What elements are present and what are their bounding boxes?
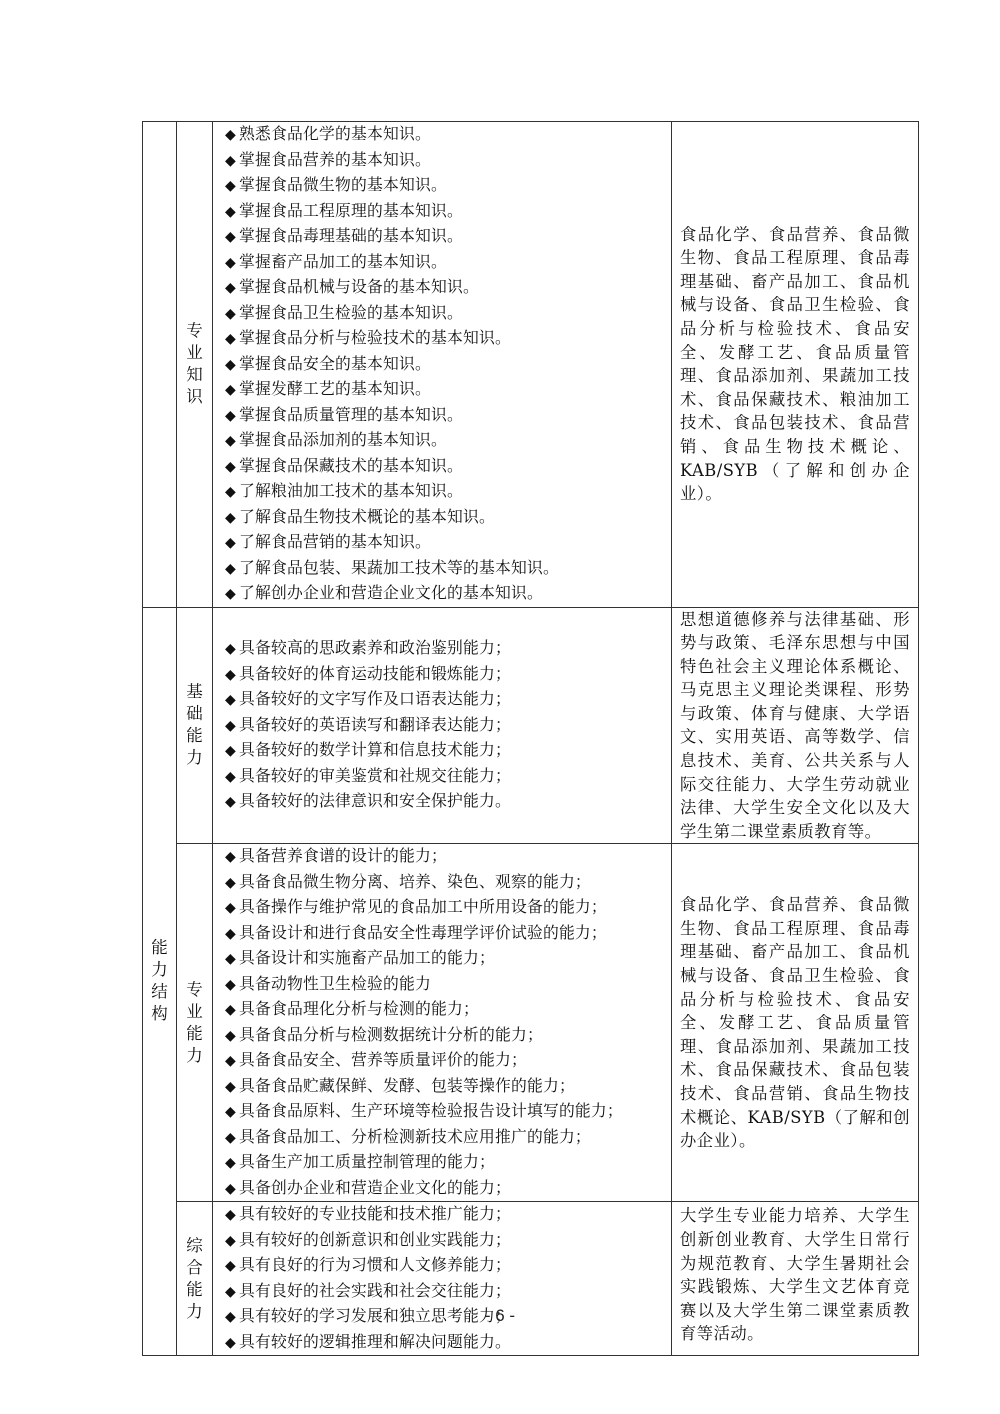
- requirement-text: 具备创办企业和营造企业文化的能力；: [239, 1178, 511, 1197]
- diamond-bullet-icon: ◆: [225, 1230, 239, 1254]
- requirement-item: ◆具备较好的法律意识和安全保护能力。: [225, 789, 671, 815]
- diamond-bullet-icon: ◆: [225, 507, 239, 531]
- requirement-text: 具备设计和进行食品安全性毒理学评价试验的能力；: [239, 923, 607, 942]
- diamond-bullet-icon: ◆: [225, 846, 239, 870]
- requirement-text: 具备食品原料、生产环境等检验报告设计填写的能力；: [239, 1101, 623, 1120]
- courses-cell: 思想道德修养与法律基础、形势与政策、毛泽东思想与中国特色社会主义理论体系概论、马…: [672, 607, 919, 844]
- diamond-bullet-icon: ◆: [225, 277, 239, 301]
- courses-cell: 食品化学、食品营养、食品微生物、食品工程原理、食品毒理基础、畜产品加工、食品机械…: [672, 844, 919, 1202]
- diamond-bullet-icon: ◆: [225, 1332, 239, 1356]
- requirement-item: ◆具有较好的专业技能和技术推广能力；: [225, 1202, 671, 1228]
- requirement-item: ◆掌握食品分析与检验技术的基本知识。: [225, 326, 671, 352]
- requirement-item: ◆具备动物性卫生检验的能力: [225, 972, 671, 998]
- category-cell: 专业知识: [177, 122, 213, 608]
- requirements-list: ◆具备较高的思政素养和政治鉴别能力；◆具备较好的体育运动技能和锻炼能力；◆具备较…: [213, 636, 671, 815]
- requirement-text: 了解食品营销的基本知识。: [239, 532, 431, 551]
- table-row-basic-ability: 能力结构 基础能力 ◆具备较高的思政素养和政治鉴别能力；◆具备较好的体育运动技能…: [143, 607, 919, 844]
- category-cell: 基础能力: [177, 607, 213, 844]
- table-row-professional-knowledge: 专业知识 ◆熟悉食品化学的基本知识。◆掌握食品营养的基本知识。◆掌握食品微生物的…: [143, 122, 919, 608]
- requirement-text: 掌握食品质量管理的基本知识。: [239, 405, 463, 424]
- requirements-list: ◆具备营养食谱的设计的能力；◆具备食品微生物分离、培养、染色、观察的能力；◆具备…: [213, 844, 671, 1201]
- requirement-text: 了解创办企业和营造企业文化的基本知识。: [239, 583, 543, 602]
- requirement-text: 掌握发酵工艺的基本知识。: [239, 379, 431, 398]
- requirement-item: ◆掌握食品微生物的基本知识。: [225, 173, 671, 199]
- diamond-bullet-icon: ◆: [225, 583, 239, 607]
- requirement-item: ◆具备设计和进行食品安全性毒理学评价试验的能力；: [225, 921, 671, 947]
- diamond-bullet-icon: ◆: [225, 1255, 239, 1279]
- requirement-item: ◆具备生产加工质量控制管理的能力；: [225, 1150, 671, 1176]
- requirement-item: ◆具有较好的逻辑推理和解决问题能力。: [225, 1330, 671, 1356]
- requirement-text: 具有良好的行为习惯和人文修养能力；: [239, 1255, 511, 1274]
- diamond-bullet-icon: ◆: [225, 1050, 239, 1074]
- requirement-text: 具备动物性卫生检验的能力: [239, 974, 431, 993]
- requirement-text: 掌握食品安全的基本知识。: [239, 354, 431, 373]
- diamond-bullet-icon: ◆: [225, 1204, 239, 1228]
- category-cell: 专业能力: [177, 844, 213, 1202]
- requirement-item: ◆具有较好的创新意识和创业实践能力；: [225, 1228, 671, 1254]
- diamond-bullet-icon: ◆: [225, 974, 239, 998]
- requirement-item: ◆具有良好的社会实践和社会交往能力；: [225, 1279, 671, 1305]
- category-label: 专业能力: [186, 979, 204, 1067]
- outer-category-label: 能力结构: [151, 937, 169, 1025]
- requirement-item: ◆具备较高的思政素养和政治鉴别能力；: [225, 636, 671, 662]
- requirement-text: 具备较好的法律意识和安全保护能力。: [239, 791, 511, 810]
- category-label: 基础能力: [186, 681, 204, 769]
- diamond-bullet-icon: ◆: [225, 872, 239, 896]
- requirement-text: 具备食品安全、营养等质量评价的能力；: [239, 1050, 527, 1069]
- courses-text: 思想道德修养与法律基础、形势与政策、毛泽东思想与中国特色社会主义理论体系概论、马…: [672, 608, 918, 844]
- diamond-bullet-icon: ◆: [225, 481, 239, 505]
- diamond-bullet-icon: ◆: [225, 1178, 239, 1202]
- requirement-text: 掌握食品微生物的基本知识。: [239, 175, 447, 194]
- requirement-text: 掌握食品毒理基础的基本知识。: [239, 226, 463, 245]
- requirement-item: ◆具备较好的数学计算和信息技术能力；: [225, 738, 671, 764]
- requirement-text: 具备较好的英语读写和翻译表达能力；: [239, 715, 511, 734]
- requirement-item: ◆具备食品加工、分析检测新技术应用推广的能力；: [225, 1125, 671, 1151]
- requirement-text: 掌握食品保藏技术的基本知识。: [239, 456, 463, 475]
- table-row-professional-ability: 专业能力 ◆具备营养食谱的设计的能力；◆具备食品微生物分离、培养、染色、观察的能…: [143, 844, 919, 1202]
- requirement-text: 了解粮油加工技术的基本知识。: [239, 481, 463, 500]
- diamond-bullet-icon: ◆: [225, 1025, 239, 1049]
- diamond-bullet-icon: ◆: [225, 664, 239, 688]
- requirement-text: 具备较好的数学计算和信息技术能力；: [239, 740, 511, 759]
- diamond-bullet-icon: ◆: [225, 150, 239, 174]
- requirement-item: ◆具备食品安全、营养等质量评价的能力；: [225, 1048, 671, 1074]
- diamond-bullet-icon: ◆: [225, 999, 239, 1023]
- requirement-text: 具备生产加工质量控制管理的能力；: [239, 1152, 495, 1171]
- diamond-bullet-icon: ◆: [225, 897, 239, 921]
- requirement-item: ◆具备较好的文字写作及口语表达能力；: [225, 687, 671, 713]
- requirements-cell: ◆具有较好的专业技能和技术推广能力；◆具有较好的创新意识和创业实践能力；◆具有良…: [213, 1202, 672, 1356]
- requirements-list: ◆具有较好的专业技能和技术推广能力；◆具有较好的创新意识和创业实践能力；◆具有良…: [213, 1202, 671, 1355]
- diamond-bullet-icon: ◆: [225, 124, 239, 148]
- requirement-item: ◆掌握发酵工艺的基本知识。: [225, 377, 671, 403]
- requirement-text: 具备食品分析与检测数据统计分析的能力；: [239, 1025, 543, 1044]
- requirement-item: ◆具备设计和实施畜产品加工的能力；: [225, 946, 671, 972]
- requirement-text: 了解食品包装、果蔬加工技术等的基本知识。: [239, 558, 559, 577]
- diamond-bullet-icon: ◆: [225, 715, 239, 739]
- requirement-text: 具备食品理化分析与检测的能力；: [239, 999, 479, 1018]
- requirement-item: ◆掌握食品营养的基本知识。: [225, 148, 671, 174]
- requirement-item: ◆具备食品微生物分离、培养、染色、观察的能力；: [225, 870, 671, 896]
- requirement-text: 掌握食品分析与检验技术的基本知识。: [239, 328, 511, 347]
- requirement-item: ◆熟悉食品化学的基本知识。: [225, 122, 671, 148]
- requirement-item: ◆具备食品贮藏保鲜、发酵、包装等操作的能力；: [225, 1074, 671, 1100]
- diamond-bullet-icon: ◆: [225, 430, 239, 454]
- requirement-item: ◆具有良好的行为习惯和人文修养能力；: [225, 1253, 671, 1279]
- diamond-bullet-icon: ◆: [225, 379, 239, 403]
- requirement-item: ◆具备创办企业和营造企业文化的能力；: [225, 1176, 671, 1202]
- requirement-text: 具备设计和实施畜产品加工的能力；: [239, 948, 495, 967]
- diamond-bullet-icon: ◆: [225, 532, 239, 556]
- table-row-comprehensive-ability: 综合能力 ◆具有较好的专业技能和技术推广能力；◆具有较好的创新意识和创业实践能力…: [143, 1202, 919, 1356]
- requirement-item: ◆掌握食品机械与设备的基本知识。: [225, 275, 671, 301]
- requirement-item: ◆具备食品分析与检测数据统计分析的能力；: [225, 1023, 671, 1049]
- requirement-item: ◆具备食品原料、生产环境等检验报告设计填写的能力；: [225, 1099, 671, 1125]
- diamond-bullet-icon: ◆: [225, 328, 239, 352]
- courses-text: 食品化学、食品营养、食品微生物、食品工程原理、食品毒理基础、畜产品加工、食品机械…: [672, 223, 918, 506]
- requirement-item: ◆掌握食品卫生检验的基本知识。: [225, 301, 671, 327]
- diamond-bullet-icon: ◆: [225, 354, 239, 378]
- requirement-item: ◆掌握食品保藏技术的基本知识。: [225, 454, 671, 480]
- requirement-item: ◆掌握食品安全的基本知识。: [225, 352, 671, 378]
- requirement-item: ◆掌握食品添加剂的基本知识。: [225, 428, 671, 454]
- outer-category-cell: 能力结构: [143, 607, 177, 1356]
- courses-cell: 大学生专业能力培养、大学生创新创业教育、大学生日常行为规范教育、大学生暑期社会实…: [672, 1202, 919, 1356]
- diamond-bullet-icon: ◆: [225, 1127, 239, 1151]
- outer-category-cell: [143, 122, 177, 608]
- requirement-text: 掌握畜产品加工的基本知识。: [239, 252, 447, 271]
- diamond-bullet-icon: ◆: [225, 175, 239, 199]
- diamond-bullet-icon: ◆: [225, 1076, 239, 1100]
- category-label: 专业知识: [186, 320, 204, 408]
- requirement-item: ◆具备营养食谱的设计的能力；: [225, 844, 671, 870]
- diamond-bullet-icon: ◆: [225, 201, 239, 225]
- requirement-text: 具备营养食谱的设计的能力；: [239, 846, 447, 865]
- diamond-bullet-icon: ◆: [225, 948, 239, 972]
- requirements-list: ◆熟悉食品化学的基本知识。◆掌握食品营养的基本知识。◆掌握食品微生物的基本知识。…: [213, 122, 671, 607]
- requirements-cell: ◆熟悉食品化学的基本知识。◆掌握食品营养的基本知识。◆掌握食品微生物的基本知识。…: [213, 122, 672, 608]
- requirement-item: ◆了解粮油加工技术的基本知识。: [225, 479, 671, 505]
- requirements-cell: ◆具备较高的思政素养和政治鉴别能力；◆具备较好的体育运动技能和锻炼能力；◆具备较…: [213, 607, 672, 844]
- curriculum-table: 专业知识 ◆熟悉食品化学的基本知识。◆掌握食品营养的基本知识。◆掌握食品微生物的…: [142, 121, 919, 1356]
- requirement-text: 具备较好的审美鉴赏和社规交往能力；: [239, 766, 511, 785]
- courses-text: 食品化学、食品营养、食品微生物、食品工程原理、食品毒理基础、畜产品加工、食品机械…: [672, 893, 918, 1153]
- requirement-text: 具备食品贮藏保鲜、发酵、包装等操作的能力；: [239, 1076, 575, 1095]
- requirement-item: ◆具备较好的审美鉴赏和社规交往能力；: [225, 764, 671, 790]
- diamond-bullet-icon: ◆: [225, 923, 239, 947]
- diamond-bullet-icon: ◆: [225, 638, 239, 662]
- requirement-text: 具有较好的专业技能和技术推广能力；: [239, 1204, 511, 1223]
- requirement-text: 具备较高的思政素养和政治鉴别能力；: [239, 638, 511, 657]
- requirement-text: 掌握食品添加剂的基本知识。: [239, 430, 447, 449]
- requirement-item: ◆具备较好的体育运动技能和锻炼能力；: [225, 662, 671, 688]
- requirement-item: ◆掌握食品毒理基础的基本知识。: [225, 224, 671, 250]
- document-page: 专业知识 ◆熟悉食品化学的基本知识。◆掌握食品营养的基本知识。◆掌握食品微生物的…: [0, 0, 1000, 1414]
- diamond-bullet-icon: ◆: [225, 1281, 239, 1305]
- requirement-text: 具备食品微生物分离、培养、染色、观察的能力；: [239, 872, 591, 891]
- requirement-text: 掌握食品卫生检验的基本知识。: [239, 303, 463, 322]
- requirement-text: 具有较好的创新意识和创业实践能力；: [239, 1230, 511, 1249]
- requirement-text: 掌握食品工程原理的基本知识。: [239, 201, 463, 220]
- requirement-text: 具备操作与维护常见的食品加工中所用设备的能力；: [239, 897, 607, 916]
- requirement-text: 具有较好的逻辑推理和解决问题能力。: [239, 1332, 511, 1351]
- requirement-text: 具备食品加工、分析检测新技术应用推广的能力；: [239, 1127, 591, 1146]
- diamond-bullet-icon: ◆: [225, 405, 239, 429]
- diamond-bullet-icon: ◆: [225, 1101, 239, 1125]
- requirement-item: ◆了解食品生物技术概论的基本知识。: [225, 505, 671, 531]
- requirements-cell: ◆具备营养食谱的设计的能力；◆具备食品微生物分离、培养、染色、观察的能力；◆具备…: [213, 844, 672, 1202]
- requirement-text: 具有良好的社会实践和社会交往能力；: [239, 1281, 511, 1300]
- diamond-bullet-icon: ◆: [225, 791, 239, 815]
- requirement-item: ◆掌握食品工程原理的基本知识。: [225, 199, 671, 225]
- requirement-item: ◆掌握食品质量管理的基本知识。: [225, 403, 671, 429]
- requirement-text: 掌握食品营养的基本知识。: [239, 150, 431, 169]
- diamond-bullet-icon: ◆: [225, 303, 239, 327]
- requirement-item: ◆具备操作与维护常见的食品加工中所用设备的能力；: [225, 895, 671, 921]
- page-number: - 6 -: [0, 1306, 1000, 1326]
- requirement-item: ◆具备较好的英语读写和翻译表达能力；: [225, 713, 671, 739]
- requirement-text: 熟悉食品化学的基本知识。: [239, 124, 431, 143]
- requirement-item: ◆了解食品包装、果蔬加工技术等的基本知识。: [225, 556, 671, 582]
- courses-cell: 食品化学、食品营养、食品微生物、食品工程原理、食品毒理基础、畜产品加工、食品机械…: [672, 122, 919, 608]
- requirement-item: ◆掌握畜产品加工的基本知识。: [225, 250, 671, 276]
- requirement-text: 具备较好的体育运动技能和锻炼能力；: [239, 664, 511, 683]
- category-cell: 综合能力: [177, 1202, 213, 1356]
- diamond-bullet-icon: ◆: [225, 226, 239, 250]
- requirement-text: 了解食品生物技术概论的基本知识。: [239, 507, 495, 526]
- diamond-bullet-icon: ◆: [225, 456, 239, 480]
- requirement-item: ◆了解食品营销的基本知识。: [225, 530, 671, 556]
- diamond-bullet-icon: ◆: [225, 558, 239, 582]
- requirement-text: 具备较好的文字写作及口语表达能力；: [239, 689, 511, 708]
- diamond-bullet-icon: ◆: [225, 740, 239, 764]
- diamond-bullet-icon: ◆: [225, 689, 239, 713]
- requirement-text: 掌握食品机械与设备的基本知识。: [239, 277, 479, 296]
- diamond-bullet-icon: ◆: [225, 1152, 239, 1176]
- requirement-item: ◆具备食品理化分析与检测的能力；: [225, 997, 671, 1023]
- requirement-item: ◆了解创办企业和营造企业文化的基本知识。: [225, 581, 671, 607]
- diamond-bullet-icon: ◆: [225, 252, 239, 276]
- diamond-bullet-icon: ◆: [225, 766, 239, 790]
